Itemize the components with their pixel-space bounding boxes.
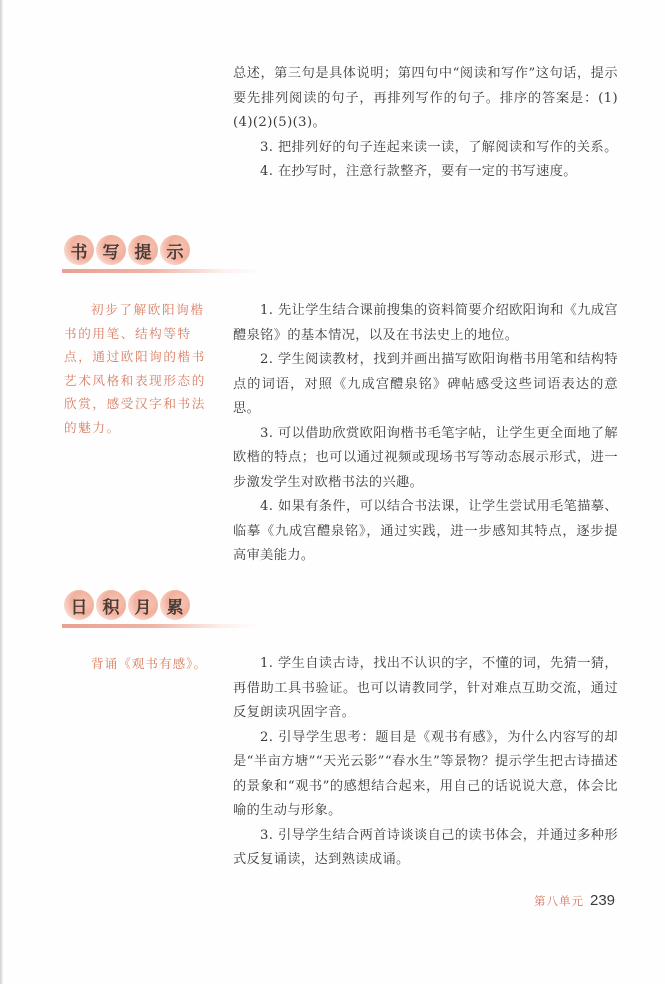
paragraph: 4. 如果有条件，可以结合书法课，让学生尝试用毛笔描摹、临摹《九成宫醴泉铭》，通… [233, 495, 618, 569]
paragraph: 2. 学生阅读教材，找到并画出描写欧阳询楷书用笔和结构特点的词语，对照《九成宫醴… [233, 348, 618, 422]
top-continuation-text: 总述，第三句是具体说明；第四句中“阅读和写作”这句话，提示要先排列阅读的句子，再… [233, 62, 618, 185]
paragraph: 3. 可以借助欣赏欧阳询楷书毛笔字帖，让学生更全面地了解欧楷的特点；也可以通过视… [233, 422, 618, 496]
paragraph: 3. 引导学生结合两首诗谈谈自己的读书体会，并通过多种形式反复诵读，达到熟读成诵… [233, 824, 618, 873]
paragraph: 1. 学生自读古诗，找出不认识的字，不懂的词，先猜一猜，再借助工具书验证。也可以… [233, 652, 618, 726]
paragraph: 3. 把排列好的句子连起来读一读，了解阅读和写作的关系。 [233, 136, 618, 161]
header-char: 月 [128, 590, 158, 620]
page-binding-edge [0, 0, 3, 984]
header-char: 示 [160, 235, 190, 265]
header-char: 提 [128, 235, 158, 265]
header-char: 书 [64, 235, 94, 265]
page-number: 239 [590, 892, 615, 909]
writing-tips-body: 1. 先让学生结合课前搜集的资料简要介绍欧阳询和《九成宫醴泉铭》的基本情况，以及… [233, 299, 618, 569]
side-note-writing-goal: 初步了解欧阳询楷书的用笔、结构等特点，通过欧阳询的楷书艺术风格和表现形态的欣赏，… [64, 298, 214, 440]
header-char: 累 [160, 590, 190, 620]
unit-label: 第八单元 [534, 893, 584, 909]
paragraph: 4. 在抄写时，注意行款整齐，要有一定的书写速度。 [233, 160, 618, 185]
header-char: 积 [96, 590, 126, 620]
paragraph: 1. 先让学生结合课前搜集的资料简要介绍欧阳询和《九成宫醴泉铭》的基本情况，以及… [233, 299, 618, 348]
header-divider [62, 624, 262, 628]
side-note-recite: 背诵《观书有感》。 [64, 652, 214, 676]
paragraph: 总述，第三句是具体说明；第四句中“阅读和写作”这句话，提示要先排列阅读的句子，再… [233, 62, 618, 136]
header-divider [62, 269, 262, 273]
side-note-text: 背诵《观书有感》。 [64, 652, 214, 676]
paragraph: 2. 引导学生思考：题目是《观书有感》，为什么内容写的却是“半亩方塘”“天光云影… [233, 726, 618, 824]
daily-accumulation-body: 1. 学生自读古诗，找出不认识的字，不懂的词，先猜一猜，再借助工具书验证。也可以… [233, 652, 618, 873]
header-char: 写 [96, 235, 126, 265]
section-header-writing-tips: 书 写 提 示 [60, 235, 270, 275]
header-char: 日 [64, 590, 94, 620]
section-header-daily-accumulation: 日 积 月 累 [60, 590, 270, 630]
page-footer: 第八单元 239 [534, 892, 615, 909]
side-note-text: 初步了解欧阳询楷书的用笔、结构等特点，通过欧阳询的楷书艺术风格和表现形态的欣赏，… [64, 298, 214, 440]
